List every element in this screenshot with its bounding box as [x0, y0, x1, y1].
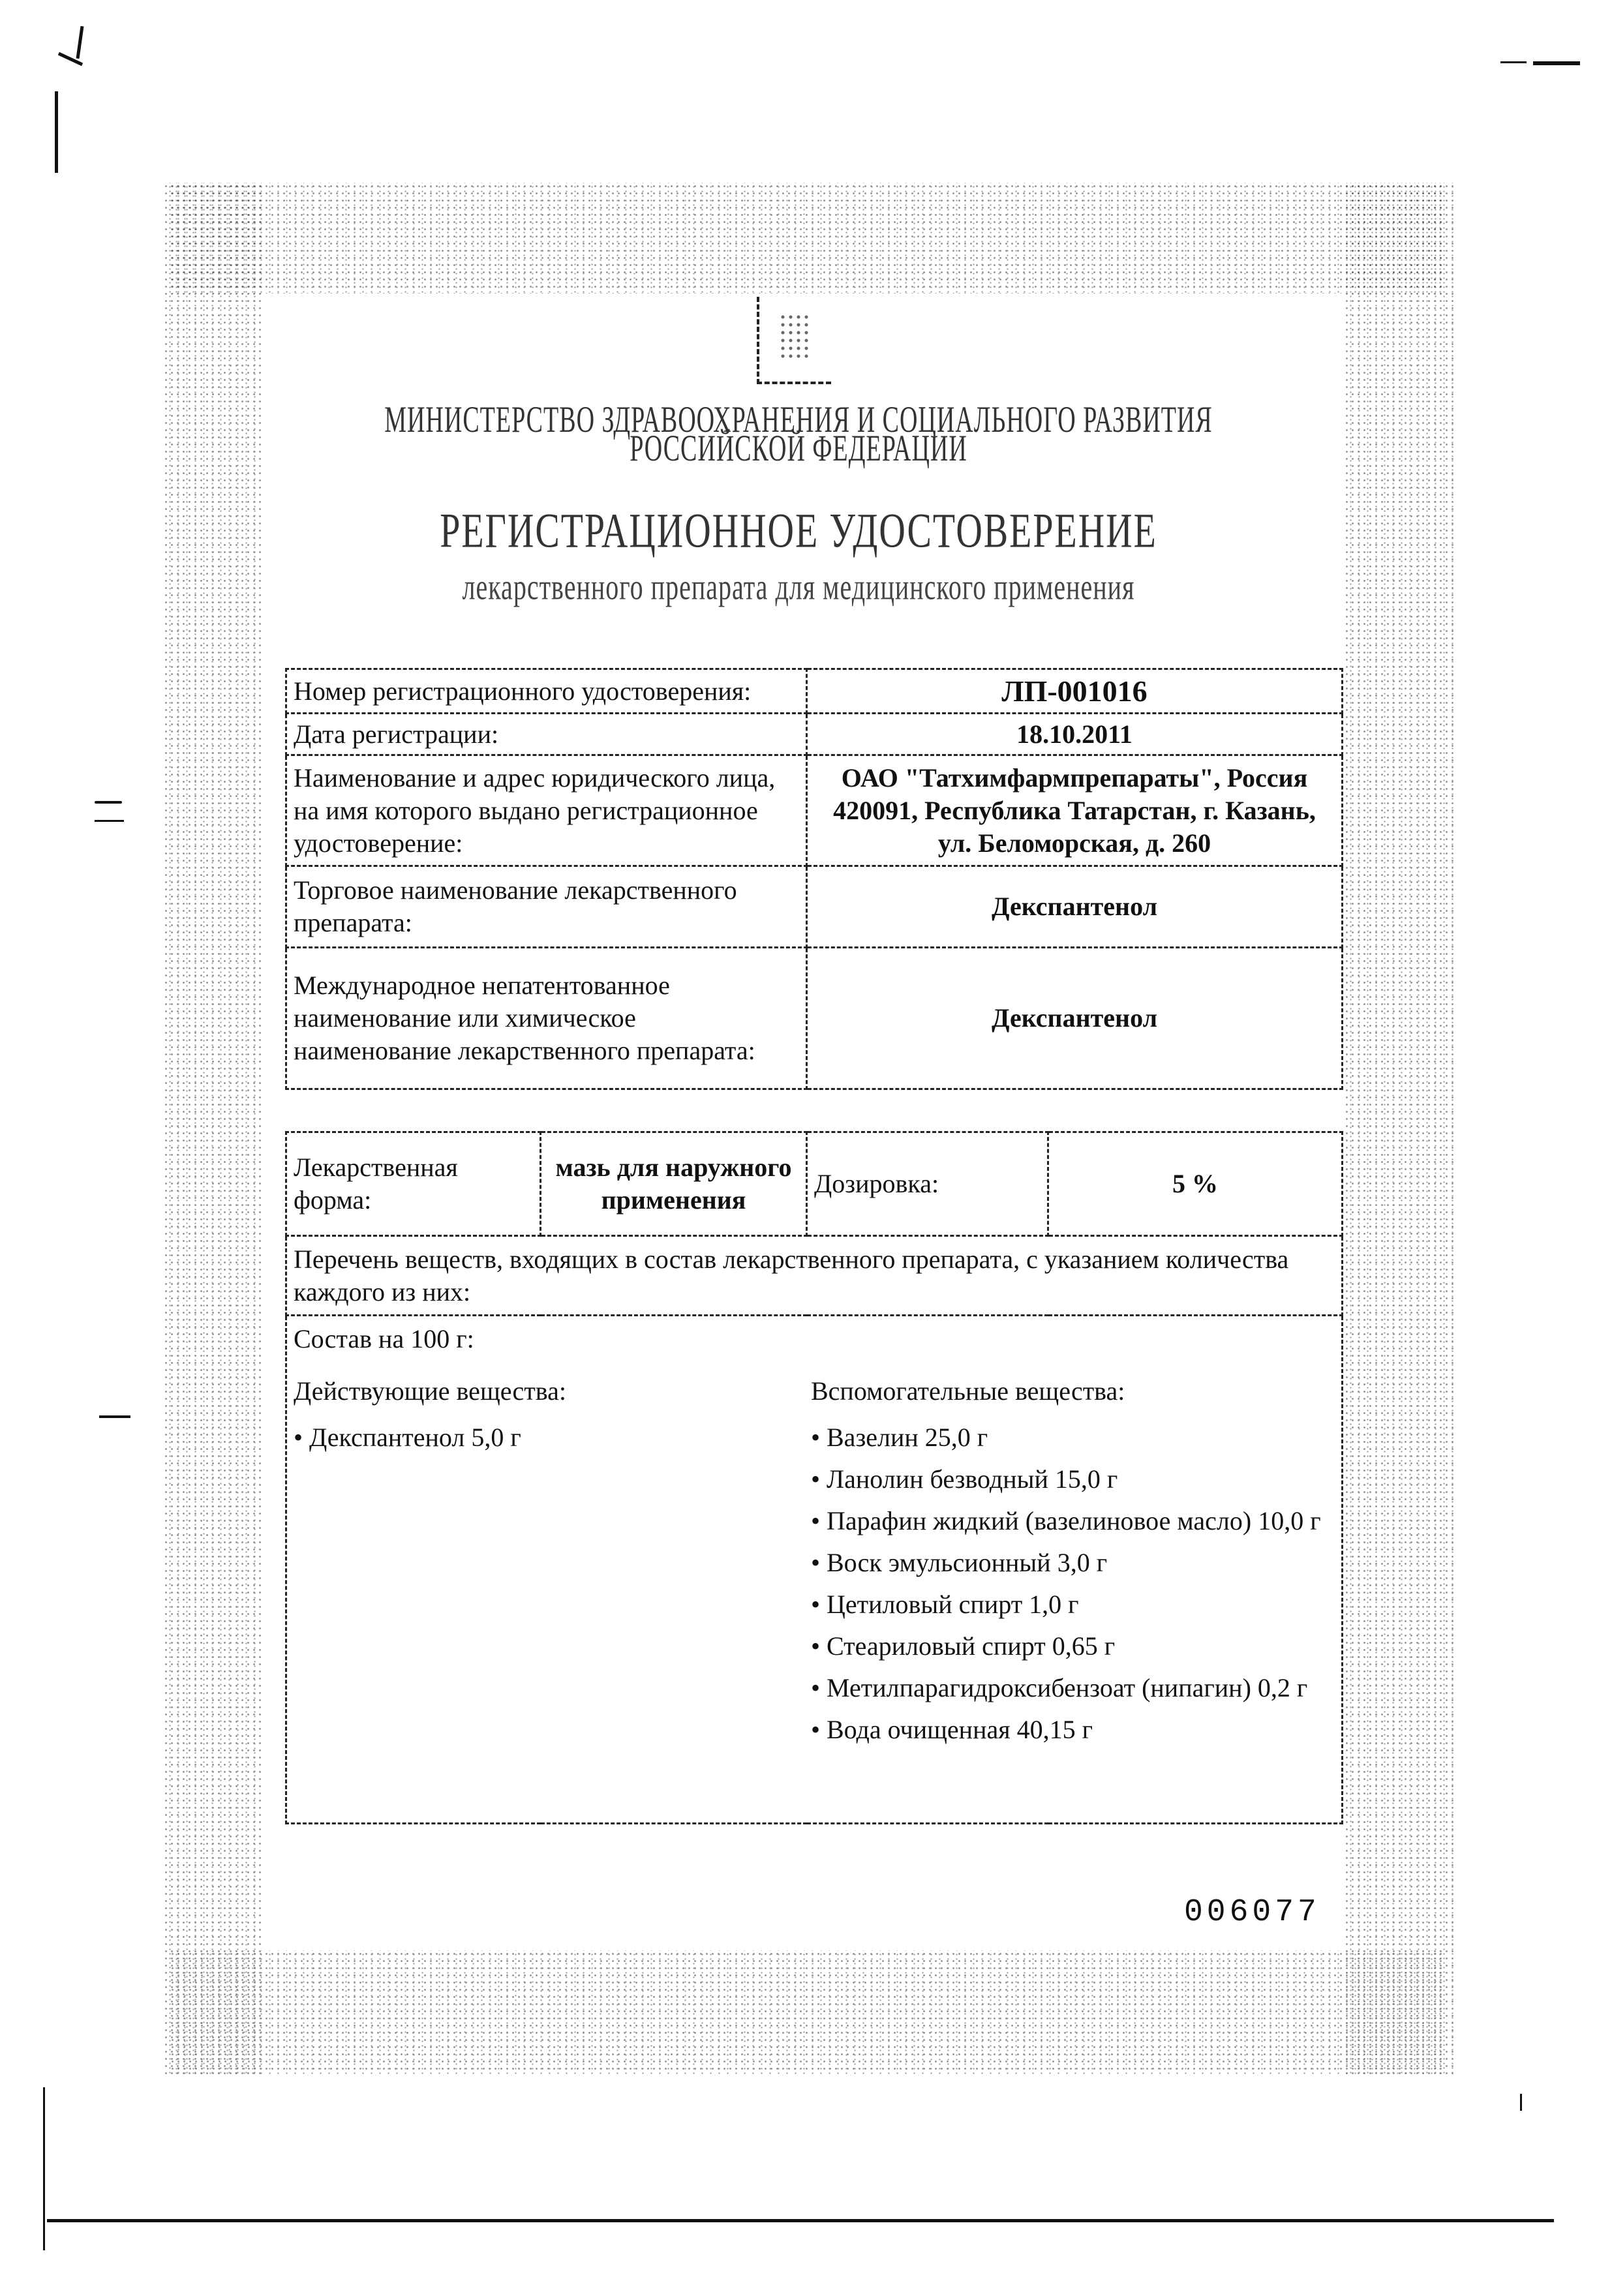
- composition-cell: Состав на 100 г: Действующие вещества: •…: [286, 1316, 1343, 1824]
- excipient-item: • Стеариловый спирт 0,65 г: [811, 1625, 1333, 1667]
- document-title: РЕГИСТРАЦИОННОЕ УДОСТОВЕРЕНИЕ: [0, 503, 1597, 559]
- reg-date-label: Дата регистрации:: [286, 714, 807, 755]
- excipient-item: • Парафин жидкий (вазелиновое масло) 10,…: [811, 1500, 1333, 1542]
- excipients: Вспомогательные вещества: • Вазелин 25,0…: [811, 1375, 1333, 1751]
- trade-name-label: Торговое наименование лекарственного пре…: [286, 866, 807, 948]
- registration-table: Номер регистрационного удостоверения: ЛП…: [285, 668, 1343, 1090]
- table-row-composition: Состав на 100 г: Действующие вещества: •…: [286, 1316, 1343, 1824]
- decorative-border-bottom: [170, 1950, 1442, 2074]
- ministry-name-line2: РОССИЙСКОЙ ФЕДЕРАЦИИ: [0, 427, 1597, 470]
- composition-table: Лекарственная форма: мазь для наружного …: [285, 1131, 1343, 1824]
- scan-mark-bottom-right: [1520, 2094, 1522, 2111]
- dosage-value: 5 %: [1048, 1132, 1343, 1236]
- reg-number-value: ЛП-001016: [807, 669, 1343, 714]
- table-row-inn: Международное непатентованное наименован…: [286, 948, 1343, 1089]
- excipient-item: • Вода очищенная 40,15 г: [811, 1709, 1333, 1751]
- scan-mark-left-arc-1: [95, 801, 122, 804]
- inn-value: Декспантенол: [807, 948, 1343, 1089]
- dosage-form-value: мазь для наружного применения: [541, 1132, 807, 1236]
- scan-mark-top-right-dash-small: [1500, 61, 1527, 63]
- coat-of-arms-icon: [757, 297, 831, 384]
- active-heading: Действующие вещества:: [294, 1375, 789, 1408]
- table-row-reg-date: Дата регистрации: 18.10.2011: [286, 714, 1343, 755]
- scan-left-edge-line: [43, 2087, 45, 2250]
- legal-entity-value: ОАО "Татхимфармпрепараты", Россия 420091…: [807, 755, 1343, 866]
- legal-entity-label: Наименование и адрес юридического лица, …: [286, 755, 807, 866]
- table-row-trade-name: Торговое наименование лекарственного пре…: [286, 866, 1343, 948]
- table-row-legal-entity: Наименование и адрес юридического лица, …: [286, 755, 1343, 866]
- dosage-label: Дозировка:: [807, 1132, 1048, 1236]
- excipient-item: • Цетиловый спирт 1,0 г: [811, 1584, 1333, 1625]
- active-item: • Декспантенол 5,0 г: [294, 1417, 789, 1458]
- decorative-border-top: [170, 183, 1442, 294]
- scan-mark-top-right-dash: [1533, 61, 1580, 65]
- table-row-dosage: Лекарственная форма: мазь для наружного …: [286, 1132, 1343, 1236]
- scan-mark-left-bracket: [55, 91, 58, 173]
- excipient-item: • Вазелин 25,0 г: [811, 1417, 1333, 1458]
- composition-title: Состав на 100 г:: [294, 1323, 474, 1355]
- scan-mark-left-arc-3: [99, 1415, 130, 1418]
- scan-mark-left-arc-2: [95, 820, 124, 822]
- scan-mark-top-left: [76, 26, 84, 59]
- scan-bottom-line: [47, 2219, 1554, 2222]
- table-row-composition-intro: Перечень веществ, входящих в состав лека…: [286, 1236, 1343, 1316]
- excipient-item: • Воск эмульсионный 3,0 г: [811, 1542, 1333, 1584]
- reg-date-value: 18.10.2011: [807, 714, 1343, 755]
- dosage-form-label: Лекарственная форма:: [286, 1132, 541, 1236]
- excipient-item: • Метилпарагидроксибензоат (нипагин) 0,2…: [811, 1667, 1333, 1709]
- inn-label: Международное непатентованное наименован…: [286, 948, 807, 1089]
- serial-number: 006077: [1184, 1895, 1320, 1930]
- active-substances: Действующие вещества: • Декспантенол 5,0…: [294, 1375, 789, 1458]
- table-row-reg-number: Номер регистрационного удостоверения: ЛП…: [286, 669, 1343, 714]
- excipient-item: • Ланолин безводный 15,0 г: [811, 1458, 1333, 1500]
- document-subtitle: лекарственного препарата для медицинског…: [0, 566, 1597, 609]
- composition-intro: Перечень веществ, входящих в состав лека…: [286, 1236, 1343, 1316]
- excipients-heading: Вспомогательные вещества:: [811, 1375, 1333, 1408]
- trade-name-value: Декспантенол: [807, 866, 1343, 948]
- reg-number-label: Номер регистрационного удостоверения:: [286, 669, 807, 714]
